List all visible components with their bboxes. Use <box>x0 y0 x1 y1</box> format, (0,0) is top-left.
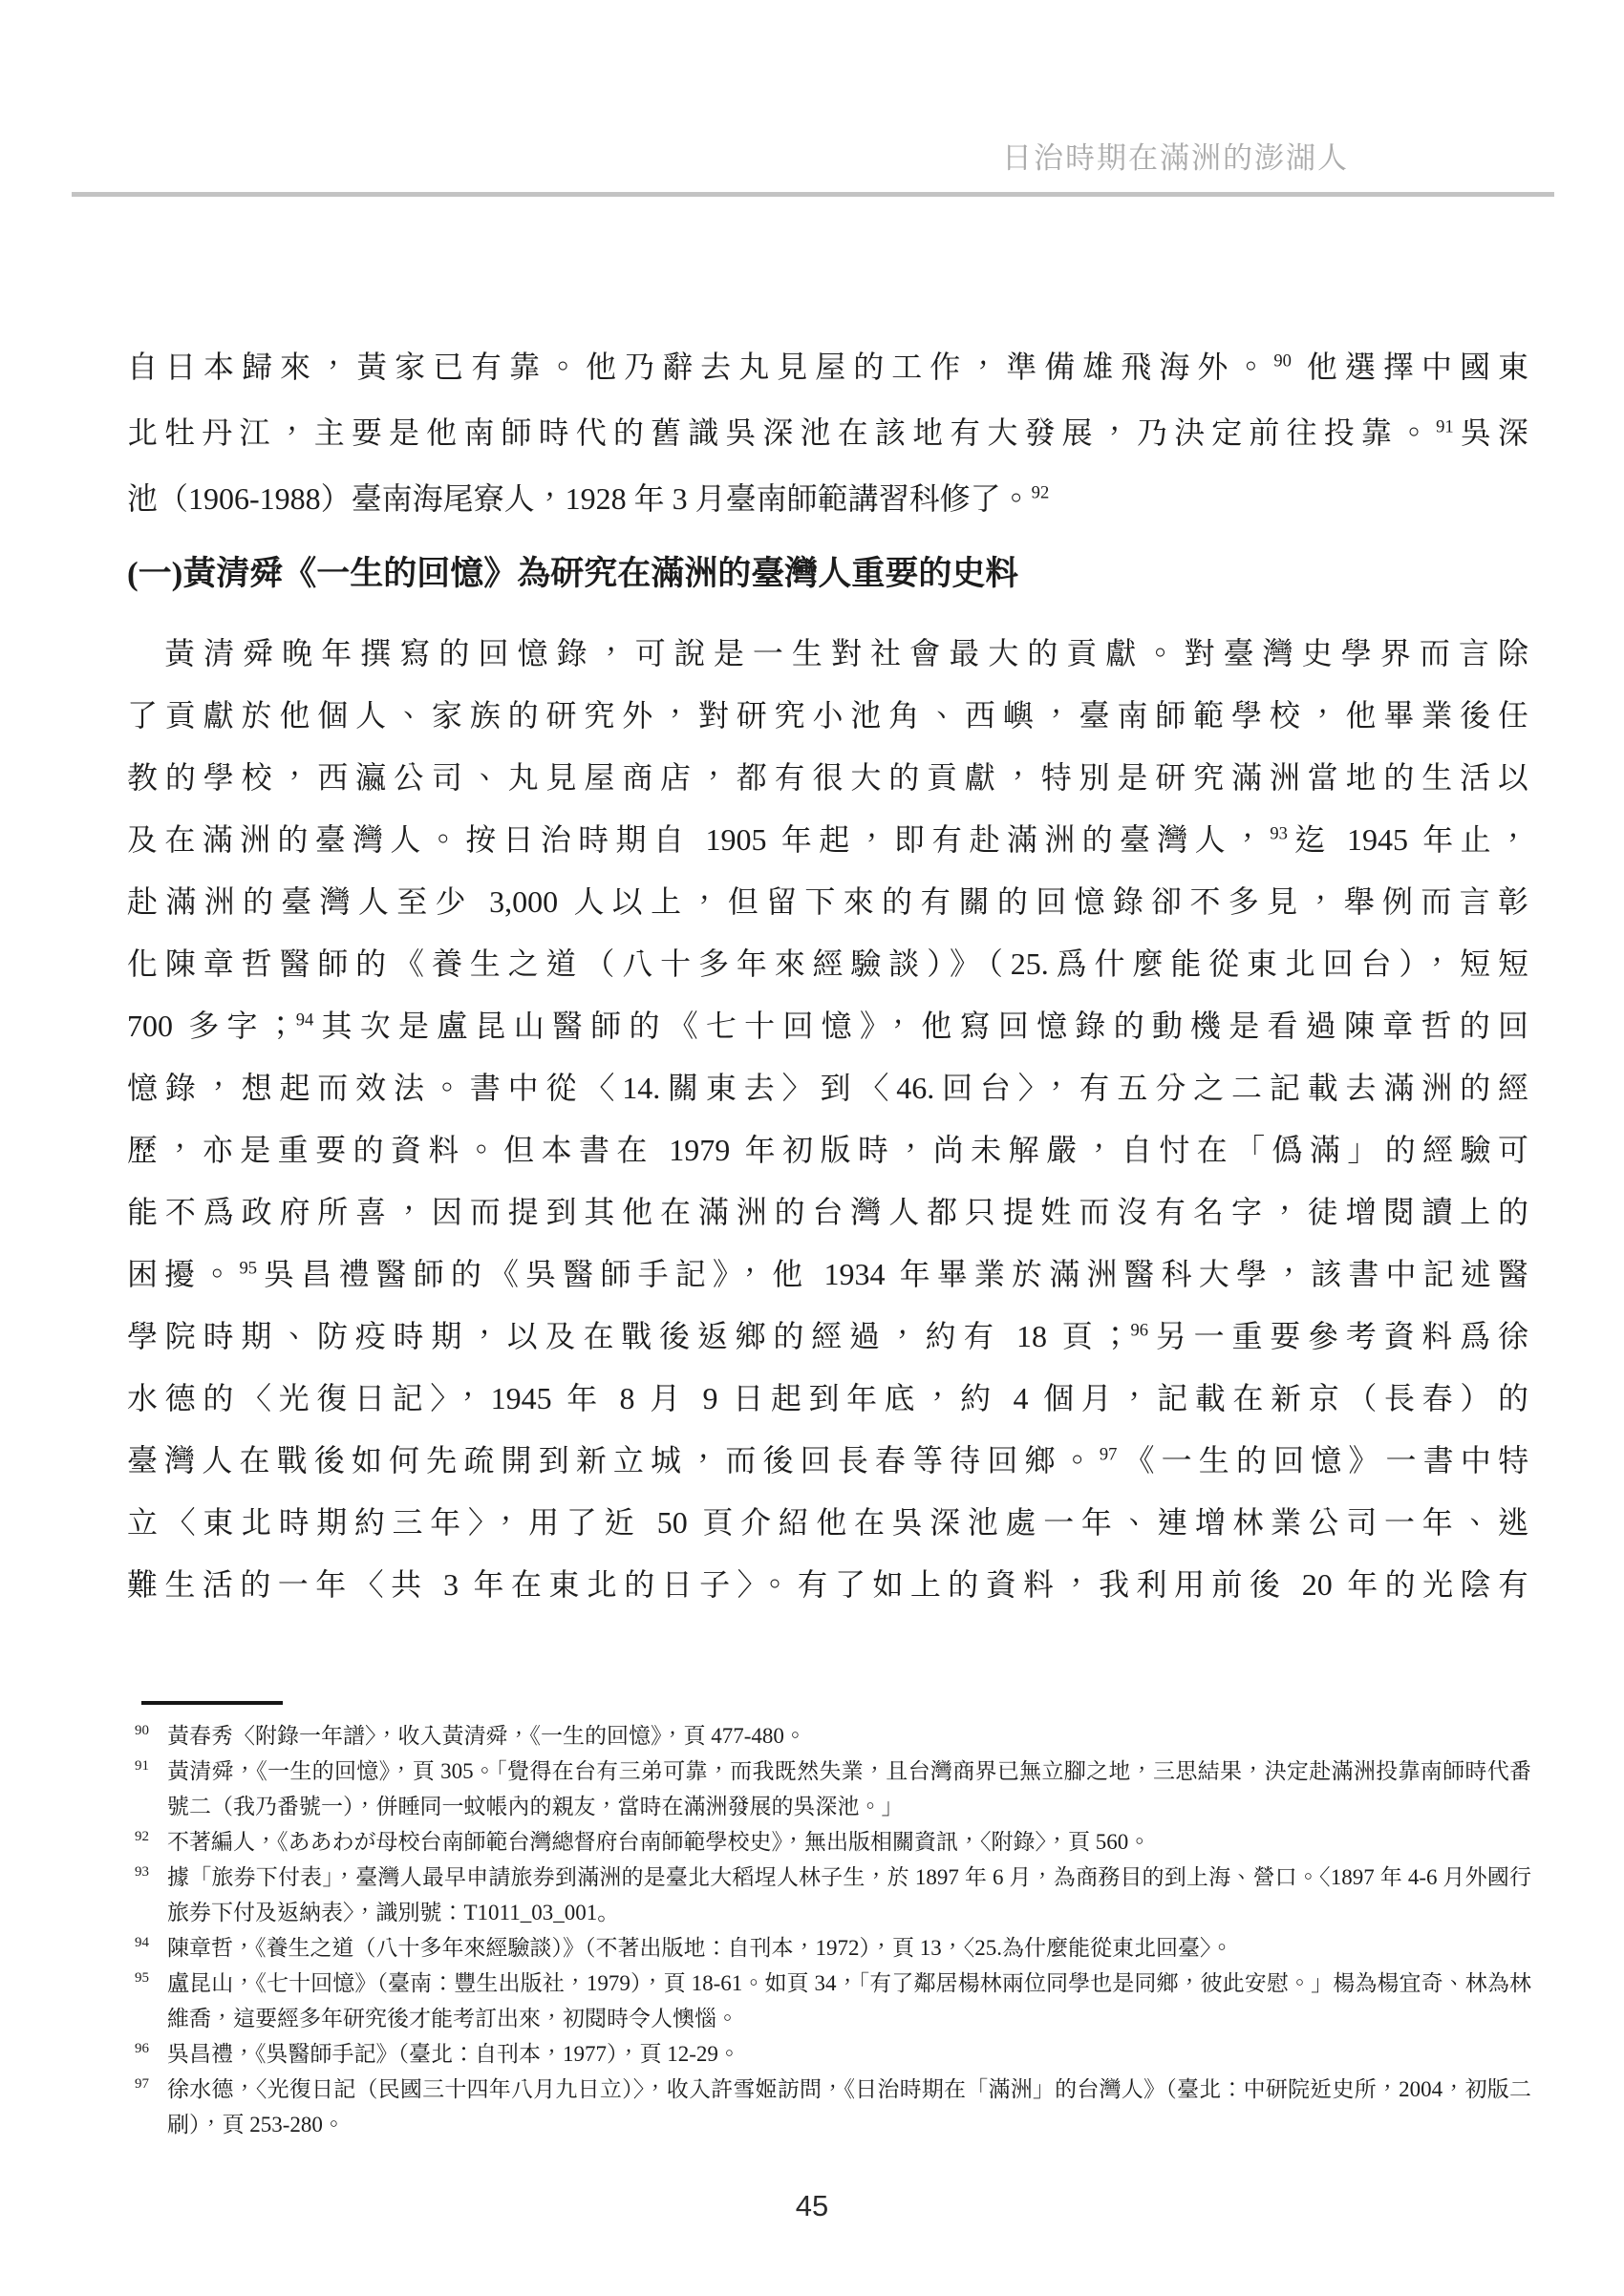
footnote-text: 黃春秀〈附錄一年譜〉，收入黃清舜，《一生的回憶》，頁 477-480。 <box>167 1724 806 1748</box>
footnote-text: 吳昌禮，《吳醫師手記》（臺北：自刊本，1977），頁 12-29。 <box>167 2042 740 2066</box>
footnote-text: 據「旅券下付表」，臺灣人最早申請旅券到滿洲的是臺北大稻埕人林子生，於 1897 … <box>167 1865 1531 1924</box>
footnote-text: 陳章哲，《養生之道（八十多年來經驗談）》（不著出版地：自刊本，1972），頁 1… <box>167 1936 1233 1960</box>
footnote-text: 盧昆山，《七十回憶》（臺南：豐生出版社，1979），頁 18-61。如頁 34，… <box>167 1971 1531 2030</box>
body-line: 及在滿洲的臺灣人。按日治時期自 1905 年起，即有赴滿洲的臺灣人，93迄 19… <box>127 809 1528 871</box>
footnote-ref: 90 <box>1273 351 1292 371</box>
footnote-separator <box>141 1701 283 1705</box>
footnote-number: 93 <box>135 1855 149 1890</box>
body-line: 困擾。95吳昌禮醫師的《吳醫師手記》，他 1934 年畢業於滿洲醫科大學，該書中… <box>127 1244 1528 1306</box>
body-line: 水德的〈光復日記〉，1945 年 8 月 9 日起到年底，約 4 個月，記載在新… <box>127 1368 1528 1430</box>
footnote-row: 90黃春秀〈附錄一年譜〉，收入黃清舜，《一生的回憶》，頁 477-480。 <box>127 1718 1531 1754</box>
footnote-ref: 92 <box>1032 482 1050 502</box>
body-line: 學院時期、防疫時期，以及在戰後返鄉的經過，約有 18 頁；96另一重要參考資料爲… <box>127 1306 1528 1368</box>
footnotes-section: 90黃春秀〈附錄一年譜〉，收入黃清舜，《一生的回憶》，頁 477-480。91黃… <box>127 1718 1531 2142</box>
footnote-row: 97徐水德，〈光復日記（民國三十四年八月九日立）〉，收入許雪姬訪問，《日治時期在… <box>127 2072 1531 2142</box>
body-line: 700 多字；94其次是盧昆山醫師的《七十回憶》，他寫回憶錄的動機是看過陳章哲的… <box>127 995 1528 1057</box>
footnote-number: 91 <box>135 1749 149 1784</box>
header-rule <box>72 192 1554 197</box>
footnote-ref: 93 <box>1270 823 1288 843</box>
body-line: 歷，亦是重要的資料。但本書在 1979 年初版時，尚未解嚴，自忖在「僞滿」的經驗… <box>127 1119 1528 1181</box>
body-paragraph-2: 黃清舜晚年撰寫的回憶錄，可說是一生對社會最大的貢獻。對臺灣史學界而言除了貢獻於他… <box>127 623 1528 1616</box>
footnote-row: 94陳章哲，《養生之道（八十多年來經驗談）》（不著出版地：自刊本，1972），頁… <box>127 1930 1531 1966</box>
footnote-ref: 97 <box>1100 1444 1118 1464</box>
footnote-ref: 91 <box>1436 416 1454 436</box>
footnote-number: 94 <box>135 1925 149 1961</box>
footnote-row: 91黃清舜，《一生的回憶》，頁 305。「覺得在台有三弟可靠，而我既然失業，且台… <box>127 1754 1531 1824</box>
footnote-number: 90 <box>135 1713 149 1749</box>
body-line: 化陳章哲醫師的《養生之道（八十多年來經驗談）》（25.爲什麼能從東北回台），短短 <box>127 933 1528 995</box>
footnote-number: 95 <box>135 1961 149 1996</box>
page-number: 45 <box>0 2189 1624 2223</box>
document-page: 日治時期在滿洲的澎湖人 自日本歸來，黃家已有靠。他乃辭去丸見屋的工作，準備雄飛海… <box>0 0 1624 2296</box>
body-line: 池（1906-1988）臺南海尾寮人，1928 年 3 月臺南師範講習科修了。9… <box>127 466 1528 532</box>
body-line: 黃清舜晚年撰寫的回憶錄，可說是一生對社會最大的貢獻。對臺灣史學界而言除 <box>127 623 1528 685</box>
footnote-text: 徐水德，〈光復日記（民國三十四年八月九日立）〉，收入許雪姬訪問，《日治時期在「滿… <box>167 2077 1531 2137</box>
body-line: 難生活的一年〈共 3 年在東北的日子〉。有了如上的資料，我利用前後 20 年的光… <box>127 1554 1528 1616</box>
footnote-ref: 95 <box>239 1258 257 1278</box>
running-header: 日治時期在滿洲的澎湖人 <box>0 134 1349 177</box>
body-line: 憶錄，想起而效法。書中從〈14.關東去〉到〈46.回台〉，有五分之二記載去滿洲的… <box>127 1057 1528 1119</box>
footnote-number: 97 <box>135 2067 149 2102</box>
footnote-text: 黃清舜，《一生的回憶》，頁 305。「覺得在台有三弟可靠，而我既然失業，且台灣商… <box>167 1759 1531 1818</box>
body-paragraph-1: 自日本歸來，黃家已有靠。他乃辭去丸見屋的工作，準備雄飛海外。90 他選擇中國東北… <box>127 334 1528 532</box>
body-line: 教的學校，西瀛公司、丸見屋商店，都有很大的貢獻，特別是研究滿洲當地的生活以 <box>127 747 1528 809</box>
body-line: 北牡丹江，主要是他南師時代的舊識吳深池在該地有大發展，乃決定前往投靠。91吳深 <box>127 400 1528 466</box>
body-line: 立〈東北時期約三年〉，用了近 50 頁介紹他在吳深池處一年、連增林業公司一年、逃 <box>127 1492 1528 1554</box>
body-line: 赴滿洲的臺灣人至少 3,000 人以上，但留下來的有關的回憶錄卻不多見，舉例而言… <box>127 871 1528 933</box>
footnote-row: 93據「旅券下付表」，臺灣人最早申請旅券到滿洲的是臺北大稻埕人林子生，於 189… <box>127 1860 1531 1930</box>
footnote-row: 96吳昌禮，《吳醫師手記》（臺北：自刊本，1977），頁 12-29。 <box>127 2036 1531 2072</box>
footnote-row: 92不著編人，《ああわが母校台南師範台灣總督府台南師範學校史》，無出版相關資訊，… <box>127 1824 1531 1860</box>
body-line: 能不爲政府所喜，因而提到其他在滿洲的台灣人都只提姓而沒有名字，徒增閱讀上的 <box>127 1181 1528 1244</box>
footnote-ref: 94 <box>296 1010 314 1030</box>
footnote-number: 92 <box>135 1819 149 1855</box>
footnote-ref: 96 <box>1131 1320 1149 1340</box>
footnote-number: 96 <box>135 2031 149 2067</box>
footnote-row: 95盧昆山，《七十回憶》（臺南：豐生出版社，1979），頁 18-61。如頁 3… <box>127 1966 1531 2036</box>
body-line: 臺灣人在戰後如何先疏開到新立城，而後回長春等待回鄉。97《一生的回憶》一書中特 <box>127 1430 1528 1492</box>
footnote-text: 不著編人，《ああわが母校台南師範台灣總督府台南師範學校史》，無出版相關資訊，〈附… <box>167 1830 1150 1854</box>
body-line: 自日本歸來，黃家已有靠。他乃辭去丸見屋的工作，準備雄飛海外。90 他選擇中國東 <box>127 334 1528 400</box>
section-heading: (一)黃清舜《一生的回憶》為研究在滿洲的臺灣人重要的史料 <box>127 552 1528 596</box>
body-line: 了貢獻於他個人、家族的研究外，對研究小池角、西嶼，臺南師範學校，他畢業後任 <box>127 685 1528 747</box>
